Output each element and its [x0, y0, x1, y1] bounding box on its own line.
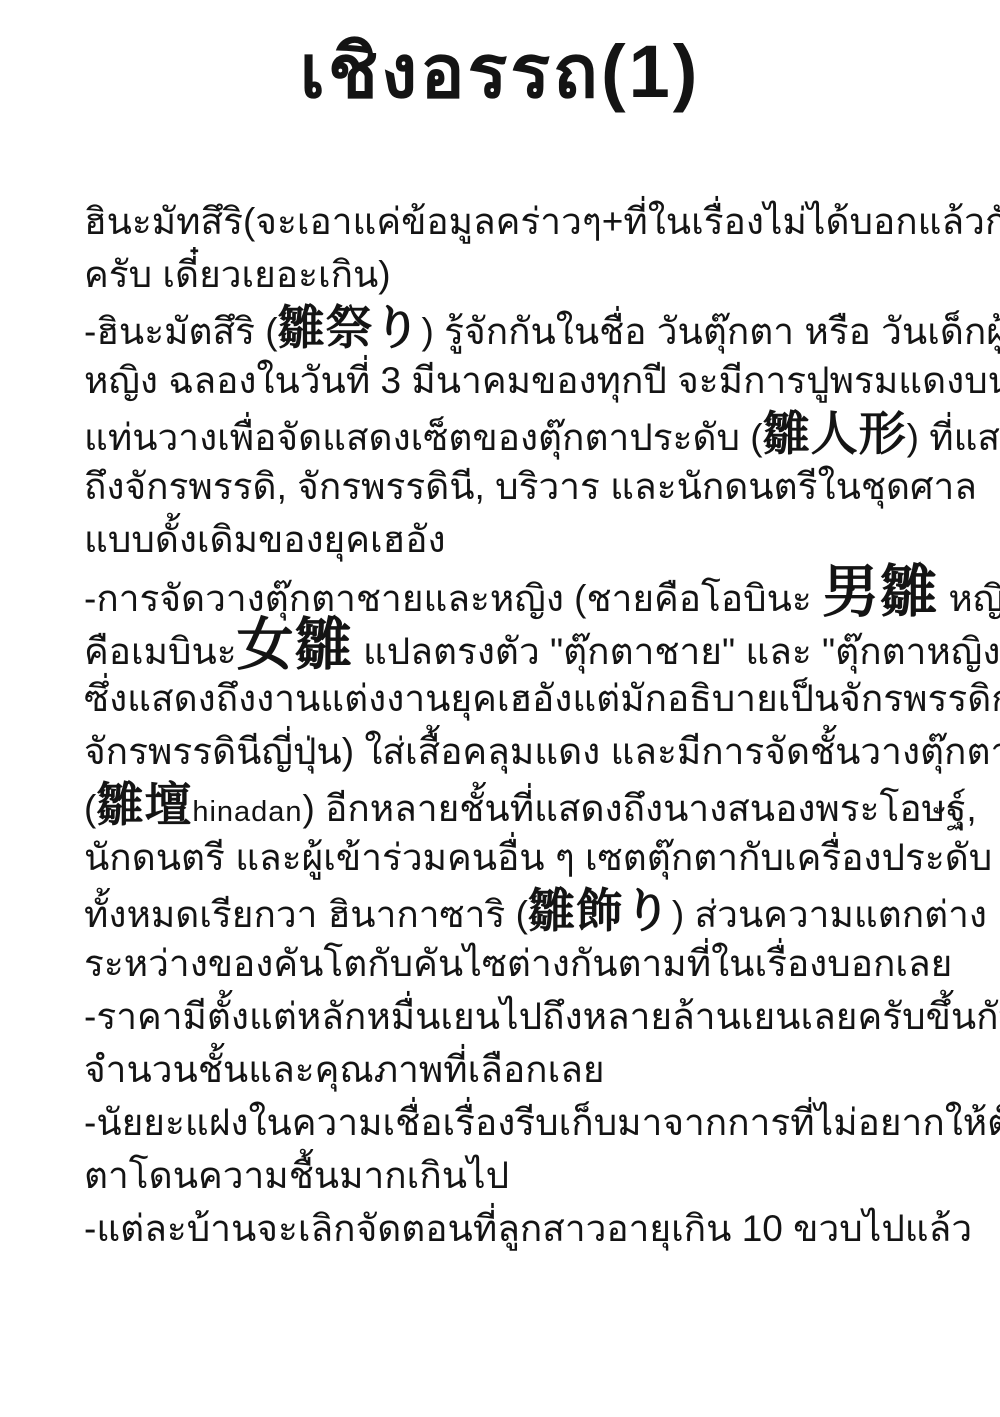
thai-text: -การจัดวางตุ๊กตาชายและหญิง (ชายคือโอบินะ	[84, 578, 822, 619]
text-line: คือเมบินะ女雛 แปลตรงตัว "ตุ๊กตาชาย" และ "ต…	[84, 619, 930, 672]
text-line: ตาโดนความชื้นมากเกินไป	[84, 1149, 930, 1202]
thai-text: -ราคามีตั้งแต่หลักหมื่นเยนไปถึงหลายล้านเ…	[84, 996, 1000, 1037]
thai-text: ) ส่วนความแตกต่าง	[672, 894, 987, 935]
thai-text: ) รู้จักกันในชื่อ วันตุ๊กตา หรือ วันเด็ก…	[422, 311, 1000, 352]
thai-text: หญิง	[938, 578, 1000, 619]
text-line: -นัยยะแฝงในความเชื่อเรื่องรีบเก็บมาจากกา…	[84, 1096, 930, 1149]
thai-text: นักดนตรี และผู้เข้าร่วมคนอื่น ๆ เซตตุ๊กต…	[84, 837, 992, 878]
kanji-text-large: 女雛	[237, 613, 353, 677]
thai-text: (	[84, 788, 96, 829]
thai-text: ถึงจักรพรรดิ, จักรพรรดินี, บริวาร และนัก…	[84, 466, 977, 507]
text-line: ซึ่งแสดงถึงงานแต่งงานยุคเฮอังแต่มักอธิบา…	[84, 672, 930, 725]
thai-text: หญิง ฉลองในวันที่ 3 มีนาคมของทุกปี จะมีก…	[84, 360, 1000, 401]
text-line: หญิง ฉลองในวันที่ 3 มีนาคมของทุกปี จะมีก…	[84, 354, 930, 407]
thai-text: ) ที่แสดง	[907, 417, 1000, 458]
text-line: -แต่ละบ้านจะเลิกจัดตอนที่ลูกสาวอายุเกิน …	[84, 1202, 930, 1255]
thai-text: จักรพรรดินีญี่ปุ่น) ใส่เสื้อคลุมแดง และม…	[84, 731, 1000, 772]
text-line: ครับ เดี๋ยวเยอะเกิน)	[84, 248, 930, 301]
latin-text: hinadan	[192, 796, 302, 828]
thai-text: จำนวนชั้นและคุณภาพที่เลือกเลย	[84, 1049, 605, 1090]
thai-text: ตาโดนความชื้นมากเกินไป	[84, 1155, 509, 1196]
text-line: -ฮินะมัตสึริ (雛祭り) รู้จักกันในชื่อ วันตุ…	[84, 301, 930, 354]
text-line: ฮินะมัทสึริ(จะเอาแค่ข้อมูลคร่าวๆ+ที่ในเร…	[84, 195, 930, 248]
text-line: แท่นวางเพื่อจัดแสดงเซ็ตของตุ๊กตาประดับ (…	[84, 407, 930, 460]
text-line: แบบดั้งเดิมของยุคเฮอัง	[84, 513, 930, 566]
thai-text: คือเมบินะ	[84, 631, 237, 672]
body-text: ฮินะมัทสึริ(จะเอาแค่ข้อมูลคร่าวๆ+ที่ในเร…	[0, 195, 1000, 1255]
thai-text: ซึ่งแสดงถึงงานแต่งงานยุคเฮอังแต่มักอธิบา…	[84, 678, 1000, 719]
text-line: (雛壇hinadan) อีกหลายชั้นที่แสดงถึงนางสนอง…	[84, 778, 930, 831]
text-line: ทั้งหมดเรียกวา ฮินากาซาริ (雛飾り) ส่วนความ…	[84, 884, 930, 937]
kanji-text-large: 男雛	[822, 560, 938, 624]
text-line: จำนวนชั้นและคุณภาพที่เลือกเลย	[84, 1043, 930, 1096]
thai-text: ฮินะมัทสึริ(จะเอาแค่ข้อมูลคร่าวๆ+ที่ในเร…	[84, 201, 1000, 242]
text-line: -ราคามีตั้งแต่หลักหมื่นเยนไปถึงหลายล้านเ…	[84, 990, 930, 1043]
text-line: -การจัดวางตุ๊กตาชายและหญิง (ชายคือโอบินะ…	[84, 566, 930, 619]
page-title: เชิงอรรถ(1)	[0, 0, 1000, 119]
text-line: ระหว่างของคันโตกับคันไซต่างกันตามที่ในเร…	[84, 937, 930, 990]
text-line: นักดนตรี และผู้เข้าร่วมคนอื่น ๆ เซตตุ๊กต…	[84, 831, 930, 884]
kanji-text: 雛祭り	[278, 301, 422, 354]
thai-text: แท่นวางเพื่อจัดแสดงเซ็ตของตุ๊กตาประดับ (	[84, 417, 763, 458]
thai-text: ระหว่างของคันโตกับคันไซต่างกันตามที่ในเร…	[84, 943, 952, 984]
thai-text: แบบดั้งเดิมของยุคเฮอัง	[84, 519, 446, 560]
thai-text: -นัยยะแฝงในความเชื่อเรื่องรีบเก็บมาจากกา…	[84, 1102, 1000, 1143]
thai-text: -ฮินะมัตสึริ (	[84, 311, 278, 352]
scanned-note-page: เชิงอรรถ(1) ฮินะมัทสึริ(จะเอาแค่ข้อมูลคร…	[0, 0, 1000, 1417]
kanji-text: 雛壇	[96, 778, 192, 831]
text-line: จักรพรรดินีญี่ปุ่น) ใส่เสื้อคลุมแดง และม…	[84, 725, 930, 778]
thai-text: ) อีกหลายชั้นที่แสดงถึงนางสนองพระโอษฐ์,	[303, 788, 977, 829]
kanji-text: 雛飾り	[528, 884, 672, 937]
thai-text: ครับ เดี๋ยวเยอะเกิน)	[84, 254, 391, 295]
text-line: ถึงจักรพรรดิ, จักรพรรดินี, บริวาร และนัก…	[84, 460, 930, 513]
thai-text: ทั้งหมดเรียกวา ฮินากาซาริ (	[84, 894, 528, 935]
kanji-text: 雛人形	[763, 407, 907, 460]
thai-text: แปลตรงตัว "ตุ๊กตาชาย" และ "ตุ๊กตาหญิง")	[353, 631, 1000, 672]
thai-text: -แต่ละบ้านจะเลิกจัดตอนที่ลูกสาวอายุเกิน …	[84, 1208, 972, 1249]
